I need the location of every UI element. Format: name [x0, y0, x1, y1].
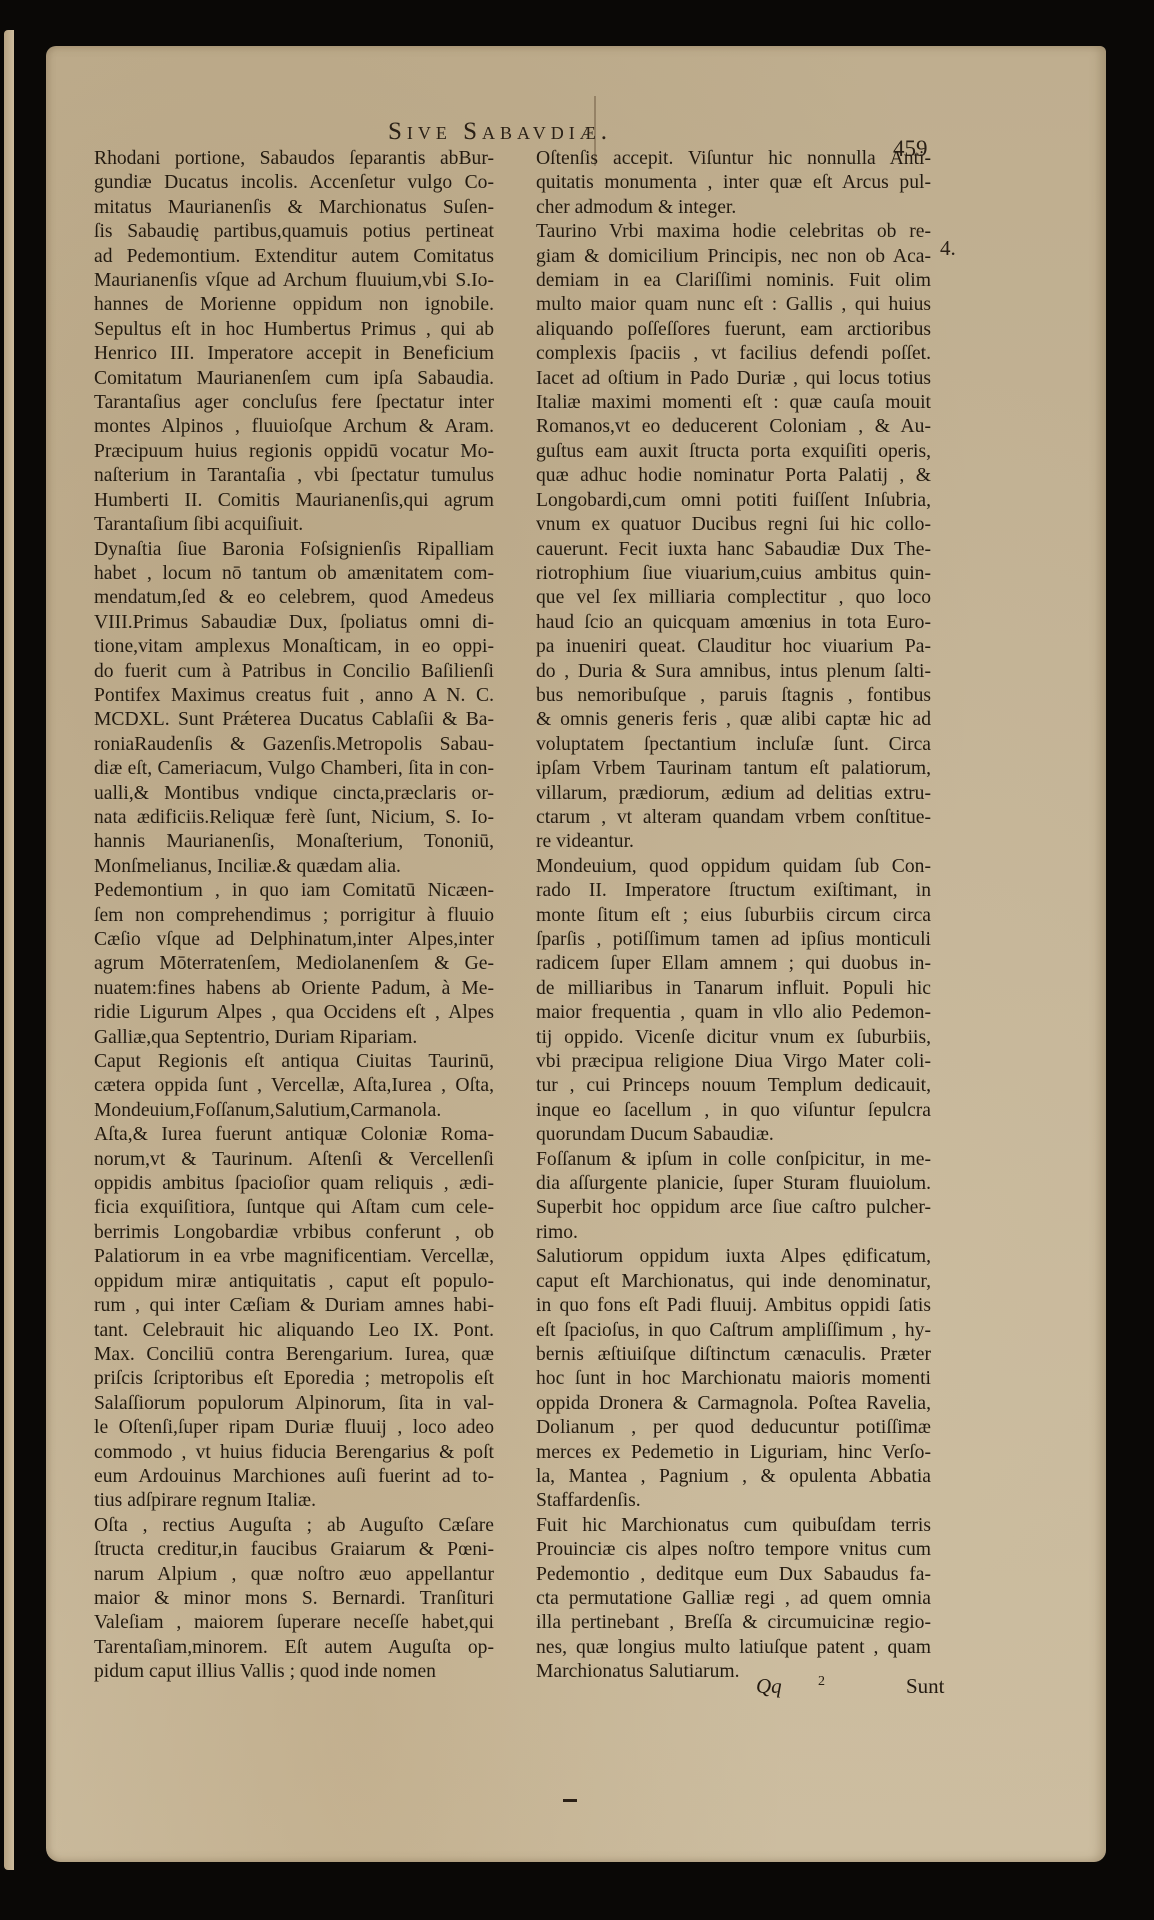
catchword: Sunt: [906, 1674, 945, 1699]
text-line: merces ex Pedemetio in Liguriam, hinc Ve…: [536, 1441, 931, 1465]
text-line: riotrophium ſiue viuarium,cuius ambitus …: [536, 562, 931, 586]
text-line: Valeſiam , maiorem ſuperare neceſſe habe…: [94, 1611, 494, 1635]
text-line: Dolianum , per quod deducuntur potiſſimæ: [536, 1416, 931, 1440]
text-line: MCDXL. Sunt Prǽterea Ducatus Cablaſii & …: [94, 708, 494, 732]
text-line: Maurianenſis vſque ad Archum fluuium,vbi…: [94, 269, 494, 293]
text-line: mendatum,ſed & eo celebrem, quod Amedeus: [94, 586, 494, 610]
text-line: Oſta , rectius Auguſta ; ab Auguſto Cæſa…: [94, 1514, 494, 1538]
text-line: Tarantaſium ſibi acquiſiuit.: [94, 513, 494, 537]
text-line: Sepultus eſt in hoc Humbertus Primus , q…: [94, 318, 494, 342]
text-line: oppidis ambitus ſpacioſior quam reliquis…: [94, 1172, 494, 1196]
text-line: Mondeuium, quod oppidum quidam ſub Con-: [536, 855, 931, 879]
text-line: ad Pedemontium. Extenditur autem Comitat…: [94, 245, 494, 269]
text-line: nes, quæ longius multo latiuſque patent …: [536, 1636, 931, 1660]
text-line: tione,vitam amplexus Monaſticam, in eo o…: [94, 635, 494, 659]
text-line: Taurino Vrbi maxima hodie celebritas ob …: [536, 220, 931, 244]
text-line: vnum ex quatuor Ducibus regni ſui hic co…: [536, 513, 931, 537]
text-line: Italiæ maximi momenti eſt : quæ cauſa mo…: [536, 391, 931, 415]
text-line: tij oppido. Vicenſe dicitur vnum ex ſubu…: [536, 1026, 931, 1050]
text-line: agrum Mōterratenſem, Mediolanenſem & Ge-: [94, 952, 494, 976]
text-line: & omnis generis feris , quæ alibi captæ …: [536, 708, 931, 732]
text-line: ridie Ligurum Alpes , qua Occidens eſt ,…: [94, 1001, 494, 1025]
text-line: bus nemoribuſque , paruis ſtagnis , font…: [536, 684, 931, 708]
text-line: ſparſis , potiſſimum tamen ad ipſius mon…: [536, 928, 931, 952]
text-line: complexis ſpaciis , vt facilius defendi …: [536, 342, 931, 366]
text-line: naſterium in Tarantaſia , vbi ſpectatur …: [94, 464, 494, 488]
text-line: maior frequentia , quam in vllo alio Ped…: [536, 1001, 931, 1025]
text-line: eum Ardouinus Marchiones auſi fuerint ad…: [94, 1465, 494, 1489]
text-line: eſt ſpacioſus, in quo Caſtrum ampliſſimu…: [536, 1319, 931, 1343]
text-line: mitatus Maurianenſis & Marchionatus Suſe…: [94, 196, 494, 220]
text-line: diæ eſt, Cameriacum, Vulgo Chamberi, ſit…: [94, 757, 494, 781]
text-line: Fuit hic Marchionatus cum quibuſdam terr…: [536, 1514, 931, 1538]
text-line: rado II. Imperatore ſtructum exiſtimant,…: [536, 879, 931, 903]
text-line: Rhodani portione, Sabaudos ſeparantis ab…: [94, 147, 494, 171]
text-line: priſcis ſcriptoribus eſt Eporedia ; metr…: [94, 1367, 494, 1391]
text-line: guſtus eam auxit ſtructa porta exquiſiti…: [536, 440, 931, 464]
text-line: ctarum , vt alteram quandam vrbem conſti…: [536, 806, 931, 830]
text-line: cta permutatione Galliæ regi , ad quem o…: [536, 1587, 931, 1611]
text-line: monte ſitum eſt ; eius ſuburbiis circum …: [536, 904, 931, 928]
text-line: Pedemontium , in quo iam Comitatū Nicæen…: [94, 879, 494, 903]
text-line: maior & minor mons S. Bernardi. Tranſitu…: [94, 1587, 494, 1611]
text-line: Iacet ad oſtium in Pado Duriæ , qui locu…: [536, 367, 931, 391]
signature-mark: Qq: [756, 1674, 782, 1699]
text-line: norum,vt & Taurinum. Aſtenſi & Vercellen…: [94, 1148, 494, 1172]
text-line: Max. Conciliū contra Berengarium. Iurea,…: [94, 1343, 494, 1367]
text-line: ſtructa creditur,in faucibus Graiarum & …: [94, 1538, 494, 1562]
text-line: vbi præcipua religione Diua Virgo Mater …: [536, 1050, 931, 1074]
text-line: hannis Maurianenſis, Monaſterium, Tononi…: [94, 830, 494, 854]
text-line: Aſta,& Iurea fuerunt antiquæ Coloniæ Rom…: [94, 1123, 494, 1147]
text-line: rimo.: [536, 1221, 931, 1245]
text-line: Tarantaſius ager concluſus fere ſpectatu…: [94, 391, 494, 415]
text-line: Dynaſtia ſiue Baronia Foſsignienſis Ripa…: [94, 538, 494, 562]
text-line: Galliæ,qua Septentrio, Duriam Ripariam.: [94, 1026, 494, 1050]
text-line: aliquando poſſeſſores fuerunt, eam arcti…: [536, 318, 931, 342]
text-line: hannes de Morienne oppidum non ignobile.: [94, 293, 494, 317]
text-line: Salutiorum oppidum iuxta Alpes ędificatu…: [536, 1245, 931, 1269]
text-line: nata ædificiis.Reliquæ ferè ſunt, Nicium…: [94, 806, 494, 830]
text-line: que vel ſex milliaria complectitur , quo…: [536, 586, 931, 610]
text-line: rum , qui inter Cæſiam & Duriam amnes ha…: [94, 1294, 494, 1318]
text-line: montes Alpinos , fluuioſque Archum & Ara…: [94, 415, 494, 439]
text-line: Humberti II. Comitis Maurianenſis,qui ag…: [94, 489, 494, 513]
text-line: re videantur.: [536, 830, 931, 854]
text-line: commodo , vt huius fiducia Berengarius &…: [94, 1441, 494, 1465]
text-line: multo maior quam nunc eſt : Gallis , qui…: [536, 293, 931, 317]
text-line: Superbit hoc oppidum arce ſiue caſtro pu…: [536, 1196, 931, 1220]
text-line: pa inueniri queat. Clauditur hoc viuariu…: [536, 635, 931, 659]
text-line: nuatem:fines habens ab Oriente Padum, à …: [94, 977, 494, 1001]
text-line: illa pertinebant , Breſſa & circumuicinæ…: [536, 1611, 931, 1635]
text-line: Monſmelianus, Inciliæ.& quædam alia.: [94, 855, 494, 879]
text-line: Præcipuum huius regionis oppidū vocatur …: [94, 440, 494, 464]
text-line: Foſſanum & ipſum in colle conſpicitur, i…: [536, 1148, 931, 1172]
text-line: in quo fons eſt Padi fluuij. Ambitus opp…: [536, 1294, 931, 1318]
text-line: oppida Dronera & Carmagnola. Poſtea Rave…: [536, 1392, 931, 1416]
text-line: Prouinciæ cis alpes noſtro tempore vnitu…: [536, 1538, 931, 1562]
text-line: radicem ſuper Ellam amnem ; qui duobus i…: [536, 952, 931, 976]
text-line: Oſtenſis accepit. Viſuntur hic nonnulla …: [536, 147, 931, 171]
text-line: le Oſtenſi,ſuper ripam Duriæ fluuij , lo…: [94, 1416, 494, 1440]
text-line: quorundam Ducum Sabaudiæ.: [536, 1123, 931, 1147]
previous-page-edge: [4, 30, 14, 1870]
text-line: inque eo ſacellum , in quo viſuntur ſepu…: [536, 1099, 931, 1123]
text-line: berrimis Longobardiæ vrbibus conferunt ,…: [94, 1221, 494, 1245]
text-line: ſem non comprehendimus ; porrigitur à fl…: [94, 904, 494, 928]
text-line: ficia exquiſitiora, ſuntque qui Aſtam cu…: [94, 1196, 494, 1220]
text-line: quæ adhuc hodie nominatur Porta Palatij …: [536, 464, 931, 488]
text-line: Pedemontio , deditque eum Dux Sabaudus f…: [536, 1563, 931, 1587]
text-line: do fuerit cum à Patribus in Concilio Baſ…: [94, 660, 494, 684]
text-line: Comitatum Maurianenſem cum ipſa Sabaudia…: [94, 367, 494, 391]
text-line: gundiæ Ducatus incolis. Accenſetur vulgo…: [94, 171, 494, 195]
text-line: Caput Regionis eſt antiqua Ciuitas Tauri…: [94, 1050, 494, 1074]
text-line: giam & domicilium Principis, nec non ob …: [536, 245, 931, 269]
text-line: bernis æſtiuiſque diſtinctum cænaculis. …: [536, 1343, 931, 1367]
text-line: do , Duria & Sura amnibus, intus plenum …: [536, 660, 931, 684]
text-line: Henrico III. Imperatore accepit in Benef…: [94, 342, 494, 366]
text-line: haud ſcio an quicquam amœnius in tota Eu…: [536, 611, 931, 635]
text-line: voluptatem ſpectantium incluſæ ſunt. Cir…: [536, 733, 931, 757]
text-line: Longobardi,cum omni potiti fuiſſent Inſu…: [536, 489, 931, 513]
text-line: Cæſio vſque ad Delphinatum,inter Alpes,i…: [94, 928, 494, 952]
text-line: dia aſſurgente planicie, ſuper Sturam fl…: [536, 1172, 931, 1196]
margin-note: 4.: [940, 236, 956, 261]
text-line: narum Alpium , quæ noſtro æuo appellantu…: [94, 1563, 494, 1587]
text-line: la, Mantea , Pagnium , & opulenta Abbati…: [536, 1465, 931, 1489]
text-line: de milliaribus in Tanarum influit. Popul…: [536, 977, 931, 1001]
running-head: Sive Sabavdiæ.: [388, 118, 612, 146]
text-line: Marchionatus Salutiarum.: [536, 1660, 931, 1684]
text-line: tant. Celebrauit hic aliquando Leo IX. P…: [94, 1319, 494, 1343]
text-line: Romanos,vt eo deducerent Coloniam , & Au…: [536, 415, 931, 439]
text-line: pidum caput illius Vallis ; quod inde no…: [94, 1660, 494, 1684]
text-line: tius adſpirare regnum Italiæ.: [94, 1489, 494, 1513]
text-line: oppidum miræ antiquitatis , caput eſt po…: [94, 1270, 494, 1294]
text-line: quitatis monumenta , inter quæ eſt Arcus…: [536, 171, 931, 195]
text-line: ſis Sabaudię partibus,quamuis potius per…: [94, 220, 494, 244]
text-line: roniaRaudenſis & Gazenſis.Metropolis Sab…: [94, 733, 494, 757]
text-line: demiam in ea Clariſſimi nominis. Fuit ol…: [536, 269, 931, 293]
text-line: villarum, prædiorum, ædium ad delitias e…: [536, 782, 931, 806]
text-line: caput eſt Marchionatus, qui inde denomin…: [536, 1270, 931, 1294]
text-line: cauerunt. Fecit iuxta hanc Sabaudiæ Dux …: [536, 538, 931, 562]
text-line: ualli,& Montibus vndique cincta,præclari…: [94, 782, 494, 806]
text-line: VIII.Primus Sabaudiæ Dux, ſpoliatus omni…: [94, 611, 494, 635]
signature-number: 2: [818, 1674, 825, 1690]
text-line: Staffardenſis.: [536, 1489, 931, 1513]
text-line: Pontifex Maximus creatus fuit , anno A N…: [94, 684, 494, 708]
text-line: tur , cui Princeps nouum Templum dedicau…: [536, 1074, 931, 1098]
text-line: habet , locum nō tantum ob amænitatem co…: [94, 562, 494, 586]
ink-smudge: [563, 1799, 577, 1802]
left-column: Rhodani portione, Sabaudos ſeparantis ab…: [94, 147, 494, 1685]
text-line: ipſam Vrbem Taurinam tantum eſt palatior…: [536, 757, 931, 781]
text-line: Tarentaſiam,minorem. Eſt autem Auguſta o…: [94, 1636, 494, 1660]
text-line: Mondeuium,Foſſanum,Salutium,Carmanola.: [94, 1099, 494, 1123]
text-line: cher admodum & integer.: [536, 196, 931, 220]
text-line: Salaſſiorum populorum Alpinorum, ſita in…: [94, 1392, 494, 1416]
text-line: hoc ſunt in hoc Marchionatu maioris mome…: [536, 1367, 931, 1391]
right-column: Oſtenſis accepit. Viſuntur hic nonnulla …: [536, 147, 931, 1685]
text-line: Palatiorum in ea vrbe magnificentiam. Ve…: [94, 1245, 494, 1269]
text-line: cætera oppida ſunt , Vercellæ, Aſta,Iure…: [94, 1074, 494, 1098]
